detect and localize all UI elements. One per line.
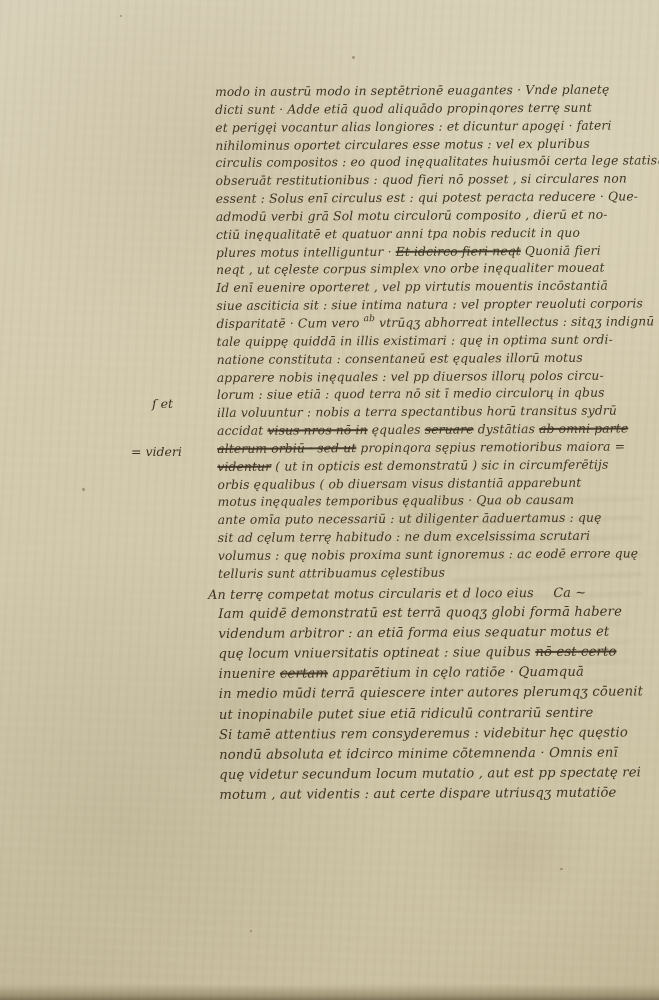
paragraph-block-2: Iam quidē demonstratū est terrā quoqʒ gl… [218, 602, 655, 807]
manuscript-text: ( ut in opticis est demonstratū ) sic in… [271, 457, 608, 473]
manuscript-text: lorum : siue etiā : quod terra nō sit ī … [217, 386, 605, 402]
manuscript-text: admodū verbi grā Sol motu circulorū comp… [216, 208, 608, 224]
manuscript-text: Si tamē attentius rem consyderemus : vid… [219, 725, 628, 742]
struck-text: ab omni parte [539, 422, 628, 437]
manuscript-text: quę locum vniuersitatis optineat : siue … [218, 645, 535, 662]
manuscript-text: essent : Solus enī circulus est : qui po… [216, 189, 638, 206]
manuscript-text: Id enī euenire oporteret , vel pp virtut… [216, 279, 608, 295]
manuscript-text: telluris sunt attribuamus cęlestibus [218, 565, 445, 580]
manuscript-text: quę videtur secundum locum mutatio , aut… [219, 766, 641, 784]
manuscript-line: quę videtur secundum locum mutatio , aut… [219, 763, 655, 786]
manuscript-text: plures motus intelliguntur · [216, 244, 396, 259]
manuscript-text: tale quippę quiddā in illis existimari :… [217, 332, 613, 348]
manuscript-text: nihilominus oportet circulares esse motu… [215, 136, 590, 152]
struck-text: Et idcirco fieri neqt [396, 244, 521, 259]
manuscript-text: inuenire [219, 667, 280, 682]
manuscript-line: volumus : quę nobis proxima sunt ignorem… [218, 545, 654, 566]
manuscript-text: apparētium in cęlo ratiōe · Quamquā [328, 665, 584, 682]
manuscript-line: admodū verbi grā Sol motu circulorū comp… [216, 206, 652, 227]
manuscript-text: et perigęi vocantur alias longiores : et… [215, 118, 611, 134]
manuscript-line: Si tamē attentius rem consyderemus : vid… [219, 723, 655, 746]
manuscript-text: siue asciticia sit : siue intima natura … [216, 297, 643, 314]
manuscript-text: neqt , ut cęleste corpus simplex vno orb… [216, 261, 605, 277]
manuscript-text: vtrūqʒ abhorreat intellectus : sitqʒ ind… [375, 314, 654, 330]
manuscript-line: telluris sunt attribuamus cęlestibus [218, 563, 654, 584]
manuscript-text: sit ad cęlum terrę habitudo : ne dum exc… [218, 529, 590, 545]
manuscript-text: obseruāt restitutionibus : quod fieri nō… [216, 172, 627, 189]
manuscript-text: dystātias [474, 422, 539, 436]
manuscript-line: nondū absoluta et idcirco minime cōtemne… [219, 743, 655, 766]
manuscript-line: alterum orbiū · sed ut propinqora sępius… [217, 438, 653, 459]
manuscript-line: videntur ( ut in opticis est demonstratū… [217, 456, 653, 477]
parchment-speck [120, 15, 122, 17]
struck-text: videntur [217, 459, 271, 473]
manuscript-line: et perigęi vocantur alias longiores : et… [215, 117, 651, 138]
manuscript-line: videndum arbitror : an etiā forma eius s… [218, 622, 654, 645]
manuscript-text: volumus : quę nobis proxima sunt ignorem… [218, 546, 638, 563]
manuscript-text: accidat [217, 424, 267, 438]
manuscript-line: inuenire certam apparētium in cęlo ratiō… [219, 663, 655, 686]
manuscript-text: propinqora sępius remotioribus maiora = [356, 439, 625, 455]
manuscript-text: ęquales [368, 423, 425, 437]
manuscript-line: tale quippę quiddā in illis existimari :… [217, 331, 653, 352]
manuscript-line: in medio mūdi terrā quiescere inter auto… [219, 683, 655, 706]
manuscript-text: modo in austrū modo in septētrionē euaga… [215, 83, 609, 99]
manuscript-line: quę locum vniuersitatis optineat : siue … [218, 642, 654, 665]
manuscript-text: ante omīa puto necessariū : ut diligente… [218, 511, 602, 527]
margin-note-insertion-mark: ſ et [152, 396, 173, 411]
struck-text: nō est certo [535, 645, 616, 660]
margin-note-videri: = videri [131, 444, 182, 459]
manuscript-text: in medio mūdi terrā quiescere inter auto… [219, 685, 643, 703]
parchment-speck [352, 56, 355, 59]
parchment-speck [82, 488, 85, 491]
manuscript-text: disparitatē · Cum vero [216, 316, 363, 331]
struck-text: alterum orbiū · sed ut [217, 441, 356, 456]
manuscript-page: ſ et = videri modo in austrū modo in sep… [0, 0, 659, 1000]
parchment-speck [250, 930, 252, 932]
manuscript-text: natione constituta : consentaneū est ęqu… [217, 350, 583, 366]
manuscript-text-block: modo in austrū modo in septētrionē euaga… [215, 81, 655, 806]
manuscript-text: Quoniā fieri [521, 243, 601, 257]
manuscript-text: Iam quidē demonstratū est terrā quoqʒ gl… [218, 604, 622, 621]
paragraph-block-1: modo in austrū modo in septētrionē euaga… [215, 81, 654, 583]
struck-text: visus nros nō in [267, 423, 367, 438]
manuscript-text: nondū absoluta et idcirco minime cōtemne… [219, 745, 618, 762]
manuscript-text: illa voluuntur : nobis a terra spectanti… [217, 404, 617, 420]
manuscript-text: motum , aut videntis : aut certe dispare… [219, 786, 616, 803]
manuscript-line: Iam quidē demonstratū est terrā quoqʒ gl… [218, 602, 654, 625]
manuscript-text: apparere nobis inęquales : vel pp diuers… [217, 368, 604, 384]
struck-text: seruare [425, 422, 474, 436]
manuscript-text: ut inopinabile putet siue etiā ridiculū … [219, 705, 594, 722]
manuscript-line: motum , aut videntis : aut certe dispare… [219, 784, 655, 807]
manuscript-text: motus inęquales temporibus ęqualibus · Q… [218, 493, 575, 509]
struck-text: certam [280, 667, 328, 682]
parchment-speck [560, 868, 563, 870]
manuscript-text: An terrę competat motus circularis et d … [208, 585, 586, 602]
manuscript-line: ut inopinabile putet siue etiā ridiculū … [219, 703, 655, 726]
manuscript-text: circulis compositos : eo quod inęqualita… [215, 154, 659, 171]
manuscript-text: ctiū inęqualitatē et quatuor anni tpa no… [216, 226, 580, 242]
manuscript-line: dicti sunt · Adde etiā quod aliquādo pro… [215, 99, 651, 120]
manuscript-text: dicti sunt · Adde etiā quod aliquādo pro… [215, 101, 592, 117]
manuscript-text: videndum arbitror : an etiā forma eius s… [218, 624, 609, 641]
manuscript-text: orbis ęqualibus ( ob diuersam visus dist… [217, 475, 581, 491]
